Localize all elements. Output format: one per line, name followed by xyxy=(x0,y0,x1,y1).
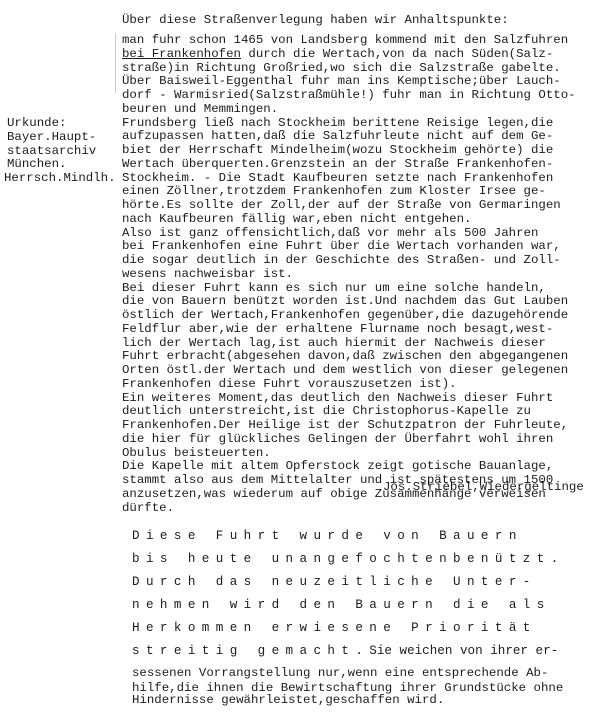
body-line: nach Kaufbeuren fällig war,eben nicht en… xyxy=(122,213,576,227)
spaced-line: Diese Fuhrt wurde von Bauern xyxy=(132,525,565,548)
closing-text: sessenen Vorrangstellung nur,wenn eine e… xyxy=(132,666,563,708)
body-line: wesens nachweisbar ist. xyxy=(122,268,576,282)
closing-line: Hindernisse gewährleistet,geschaffen wir… xyxy=(132,693,563,708)
source-side-note: Urkunde: Bayer.Haupt- staatsarchiv Münch… xyxy=(7,117,116,186)
main-text-body: man fuhr schon 1465 von Landsberg kommen… xyxy=(122,34,576,515)
spaced-line: nehmen wird den Bauern die als xyxy=(132,594,565,617)
body-line: straße)in Richtung Großried,wo sich die … xyxy=(122,62,576,76)
side-note-line: staatsarchiv xyxy=(7,145,116,159)
body-line: Feldflur aber,wie der erhaltene Flurname… xyxy=(122,323,576,337)
body-line: deutlich unterstreicht,ist die Christoph… xyxy=(122,405,576,419)
side-note-line: Herrsch.Mindlh. xyxy=(4,172,116,186)
spaced-line: bis heute unangefochtenbenützt. xyxy=(132,548,565,571)
body-line: dorf - Warmisried(Salzstraßmühle!) fuhr … xyxy=(122,89,576,103)
closing-line: sessenen Vorrangstellung nur,wenn eine e… xyxy=(132,666,563,681)
body-line: die von Bauern benützt worden ist.Und na… xyxy=(122,295,576,309)
body-line: Orten östl.der Wertach und dem westlich … xyxy=(122,364,576,378)
body-line: Bei dieser Fuhrt kann es sich nur um ein… xyxy=(122,282,576,296)
body-line: einen Zöllner,trotzdem Frankenhofen zum … xyxy=(122,185,576,199)
body-line: Frankenhofen diese Fuhrt vorauszusetzen … xyxy=(122,378,576,392)
body-line: Frankenhofen.Der Heilige ist der Schutzp… xyxy=(122,419,576,433)
body-line: Obulus beisteuerten. xyxy=(122,447,576,461)
body-line: dürfte. xyxy=(122,502,576,516)
spaced-line: Herkommen erwiesene Priorität xyxy=(132,617,565,640)
underlined-place-name: bei Frankenhofen xyxy=(122,47,241,61)
body-line: östlich der Wertach,Frankenhofen gegenüb… xyxy=(122,309,576,323)
body-line: Also ist ganz offensichtlich,daß vor meh… xyxy=(122,227,576,241)
body-line: man fuhr schon 1465 von Landsberg kommen… xyxy=(122,34,576,48)
body-line: Wertach überquerten.Grenzstein an der St… xyxy=(122,158,576,172)
body-line: lich der Wertach lag,ist auch hiermit de… xyxy=(122,337,576,351)
margin-mark xyxy=(115,33,116,93)
spaced-line-tail: Sie weichen von ihrer er- xyxy=(369,644,558,658)
body-line: bei Frankenhofen eine Fuhrt über die Wer… xyxy=(122,240,576,254)
body-line: aufzupassen hatten,daß die Salzfuhrleute… xyxy=(122,130,576,144)
side-note-line: München. xyxy=(7,158,116,172)
body-line: Über Baisweil-Eggenthal fuhr man ins Kem… xyxy=(122,75,576,89)
body-line: Frundsberg ließ nach Stockheim berittene… xyxy=(122,117,576,131)
body-line: biet der Herrschaft Mindelheim(wozu Stoc… xyxy=(122,144,576,158)
body-line: bei Frankenhofen durch die Wertach,von d… xyxy=(122,48,576,62)
body-line: Fuhrt erbracht(abgesehen davon,daß zwisc… xyxy=(122,350,576,364)
spaced-line: Durch das neuzeitliche Unter- xyxy=(132,571,565,594)
typewritten-page: Über diese Straßenverlegung haben wir An… xyxy=(0,0,600,716)
author-signature: Jos.Striebel,Wiedergeltinge xyxy=(383,480,584,494)
document-heading: Über diese Straßenverlegung haben wir An… xyxy=(122,13,509,27)
letter-spaced-statement: Diese Fuhrt wurde von Bauern bis heute u… xyxy=(132,525,565,663)
body-line: Die Kapelle mit altem Opferstock zeigt g… xyxy=(122,460,576,474)
spaced-line: streitig gemacht.Sie weichen von ihrer e… xyxy=(132,640,565,663)
body-line: Ein weiteres Moment,das deutlich den Nac… xyxy=(122,392,576,406)
body-line: die hier für glückliches Gelingen der Üb… xyxy=(122,433,576,447)
body-line: beuren und Memmingen. xyxy=(122,103,576,117)
body-line: die sogar deutlich in der Geschichte des… xyxy=(122,254,576,268)
side-note-line: Bayer.Haupt- xyxy=(7,131,116,145)
body-line: hörte.Es sollte der Zoll,der auf der Str… xyxy=(122,199,576,213)
body-line: Stockheim. - Die Stadt Kaufbeuren setzte… xyxy=(122,172,576,186)
side-note-line: Urkunde: xyxy=(7,117,116,131)
